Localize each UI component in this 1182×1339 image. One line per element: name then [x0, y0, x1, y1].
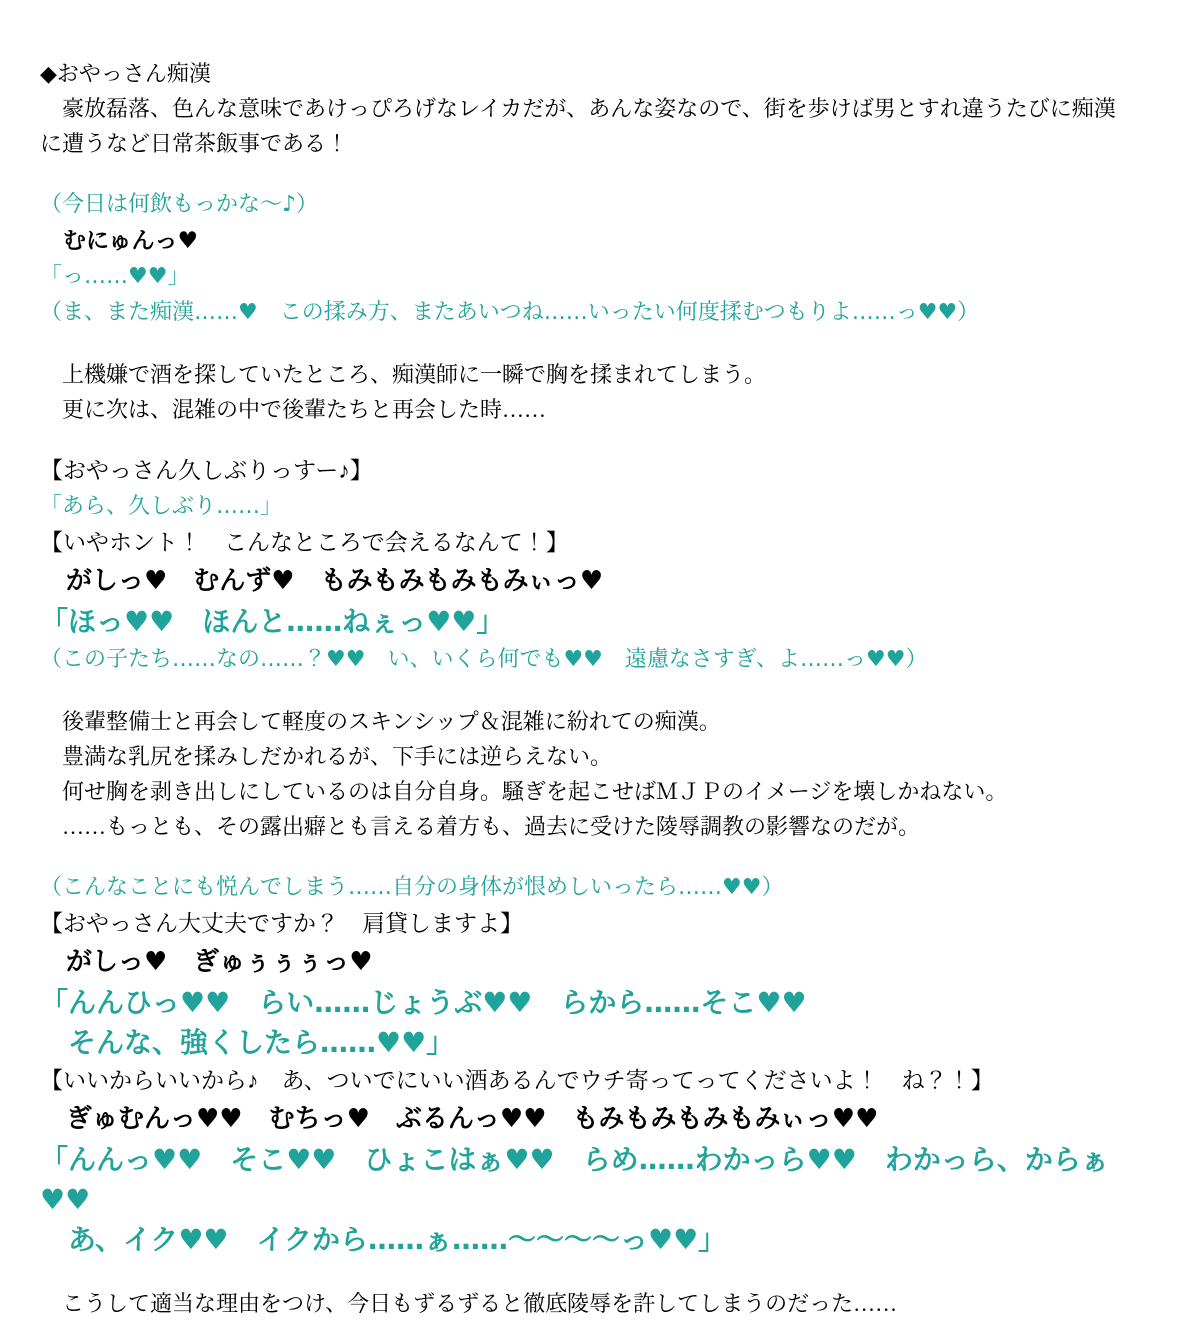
sound-effect-line-large: がしっ♥ むんず♥ もみもみもみもみぃっ♥	[40, 561, 1154, 602]
junior-dialogue-line: 【いやホント！ こんなところで会えるなんて！】	[40, 525, 1154, 561]
paragraph-gap	[40, 331, 1154, 357]
narration-line: に遭うなど日常茶飯事である！	[40, 126, 1154, 161]
sound-effect-line: むにゅんっ♥	[40, 223, 1154, 259]
sound-effect-line-large: がしっ♥ ぎゅぅぅぅっ♥	[40, 942, 1154, 983]
dialogue-line: 「あら、久しぶり……」	[40, 489, 1154, 525]
dialogue-line-large: そんな、強くしたら……♥♥」	[40, 1023, 1154, 1063]
narration-line: ……もっとも、その露出癖とも言える着方も、過去に受けた陵辱調教の影響なのだが。	[40, 809, 1154, 844]
narration-line: 豊満な乳尻を揉みしだかれるが、下手には逆らえない。	[40, 739, 1154, 774]
junior-dialogue-line: 【いいからいいから♪ あ、ついでにいい酒あるんでウチ寄ってってくださいよ！ ね？…	[40, 1063, 1154, 1099]
junior-dialogue-line: 【おやっさん大丈夫ですか？ 肩貸しますよ】	[40, 906, 1154, 942]
thought-line: （こんなことにも悦んでしまう……自分の身体が恨めしいったら……♥♥）	[40, 870, 1154, 906]
paragraph-gap	[40, 427, 1154, 453]
paragraph-gap	[40, 1260, 1154, 1286]
narration-line: こうして適当な理由をつけ、今日もずるずると徹底陵辱を許してしまうのだった……	[40, 1286, 1154, 1321]
paragraph-gap	[40, 678, 1154, 704]
narration-line: 何せ胸を剥き出しにしているのは自分自身。騒ぎを起こせばＭＪＰのイメージを壊しかね…	[40, 774, 1154, 809]
thought-line: （ま、また痴漢……♥ この揉み方、またあいつね……いったい何度揉むつもりよ……っ…	[40, 295, 1154, 331]
thought-line: （この子たち……なの……？♥♥ い、いくら何でも♥♥ 遠慮なさすぎ、よ……っ♥♥…	[40, 642, 1154, 678]
dialogue-line-large: 「んんっ♥♥ そこ♥♥ ひょこはぁ♥♥ らめ……わかっら♥♥ わかっら、からぁ♥…	[40, 1140, 1154, 1220]
dialogue-line-large: あ、イク♥♥ イクから……ぁ……～～～～っ♥♥」	[40, 1220, 1154, 1260]
junior-dialogue-line: 【おやっさん久しぶりっすー♪】	[40, 453, 1154, 489]
narration-line: 更に次は、混雑の中で後輩たちと再会した時……	[40, 392, 1154, 427]
paragraph-gap	[40, 844, 1154, 870]
narration-line: 上機嫌で酒を探していたところ、痴漢師に一瞬で胸を揉まれてしまう。	[40, 357, 1154, 392]
narration-line: 後輩整備士と再会して軽度のスキンシップ＆混雑に紛れての痴漢。	[40, 704, 1154, 739]
dialogue-line-large: 「んんひっ♥♥ らい……じょうぶ♥♥ らから……そこ♥♥	[40, 983, 1154, 1023]
narration-line: 豪放磊落、色んな意味であけっぴろげなレイカだが、あんな姿なので、街を歩けば男とす…	[40, 91, 1154, 126]
sound-effect-line-large: ぎゅむんっ♥♥ むちっ♥ ぶるんっ♥♥ もみもみもみもみぃっ♥♥	[40, 1099, 1154, 1140]
paragraph-gap	[40, 161, 1154, 187]
document-page: ◆おやっさん痴漢 豪放磊落、色んな意味であけっぴろげなレイカだが、あんな姿なので…	[0, 0, 1182, 1339]
thought-line: （今日は何飲もっかな～♪）	[40, 187, 1154, 223]
page-heading: ◆おやっさん痴漢	[40, 56, 1154, 91]
dialogue-line: 「っ……♥♥」	[40, 259, 1154, 295]
dialogue-line-large: 「ほっ♥♥ ほんと……ねぇっ♥♥」	[40, 602, 1154, 642]
